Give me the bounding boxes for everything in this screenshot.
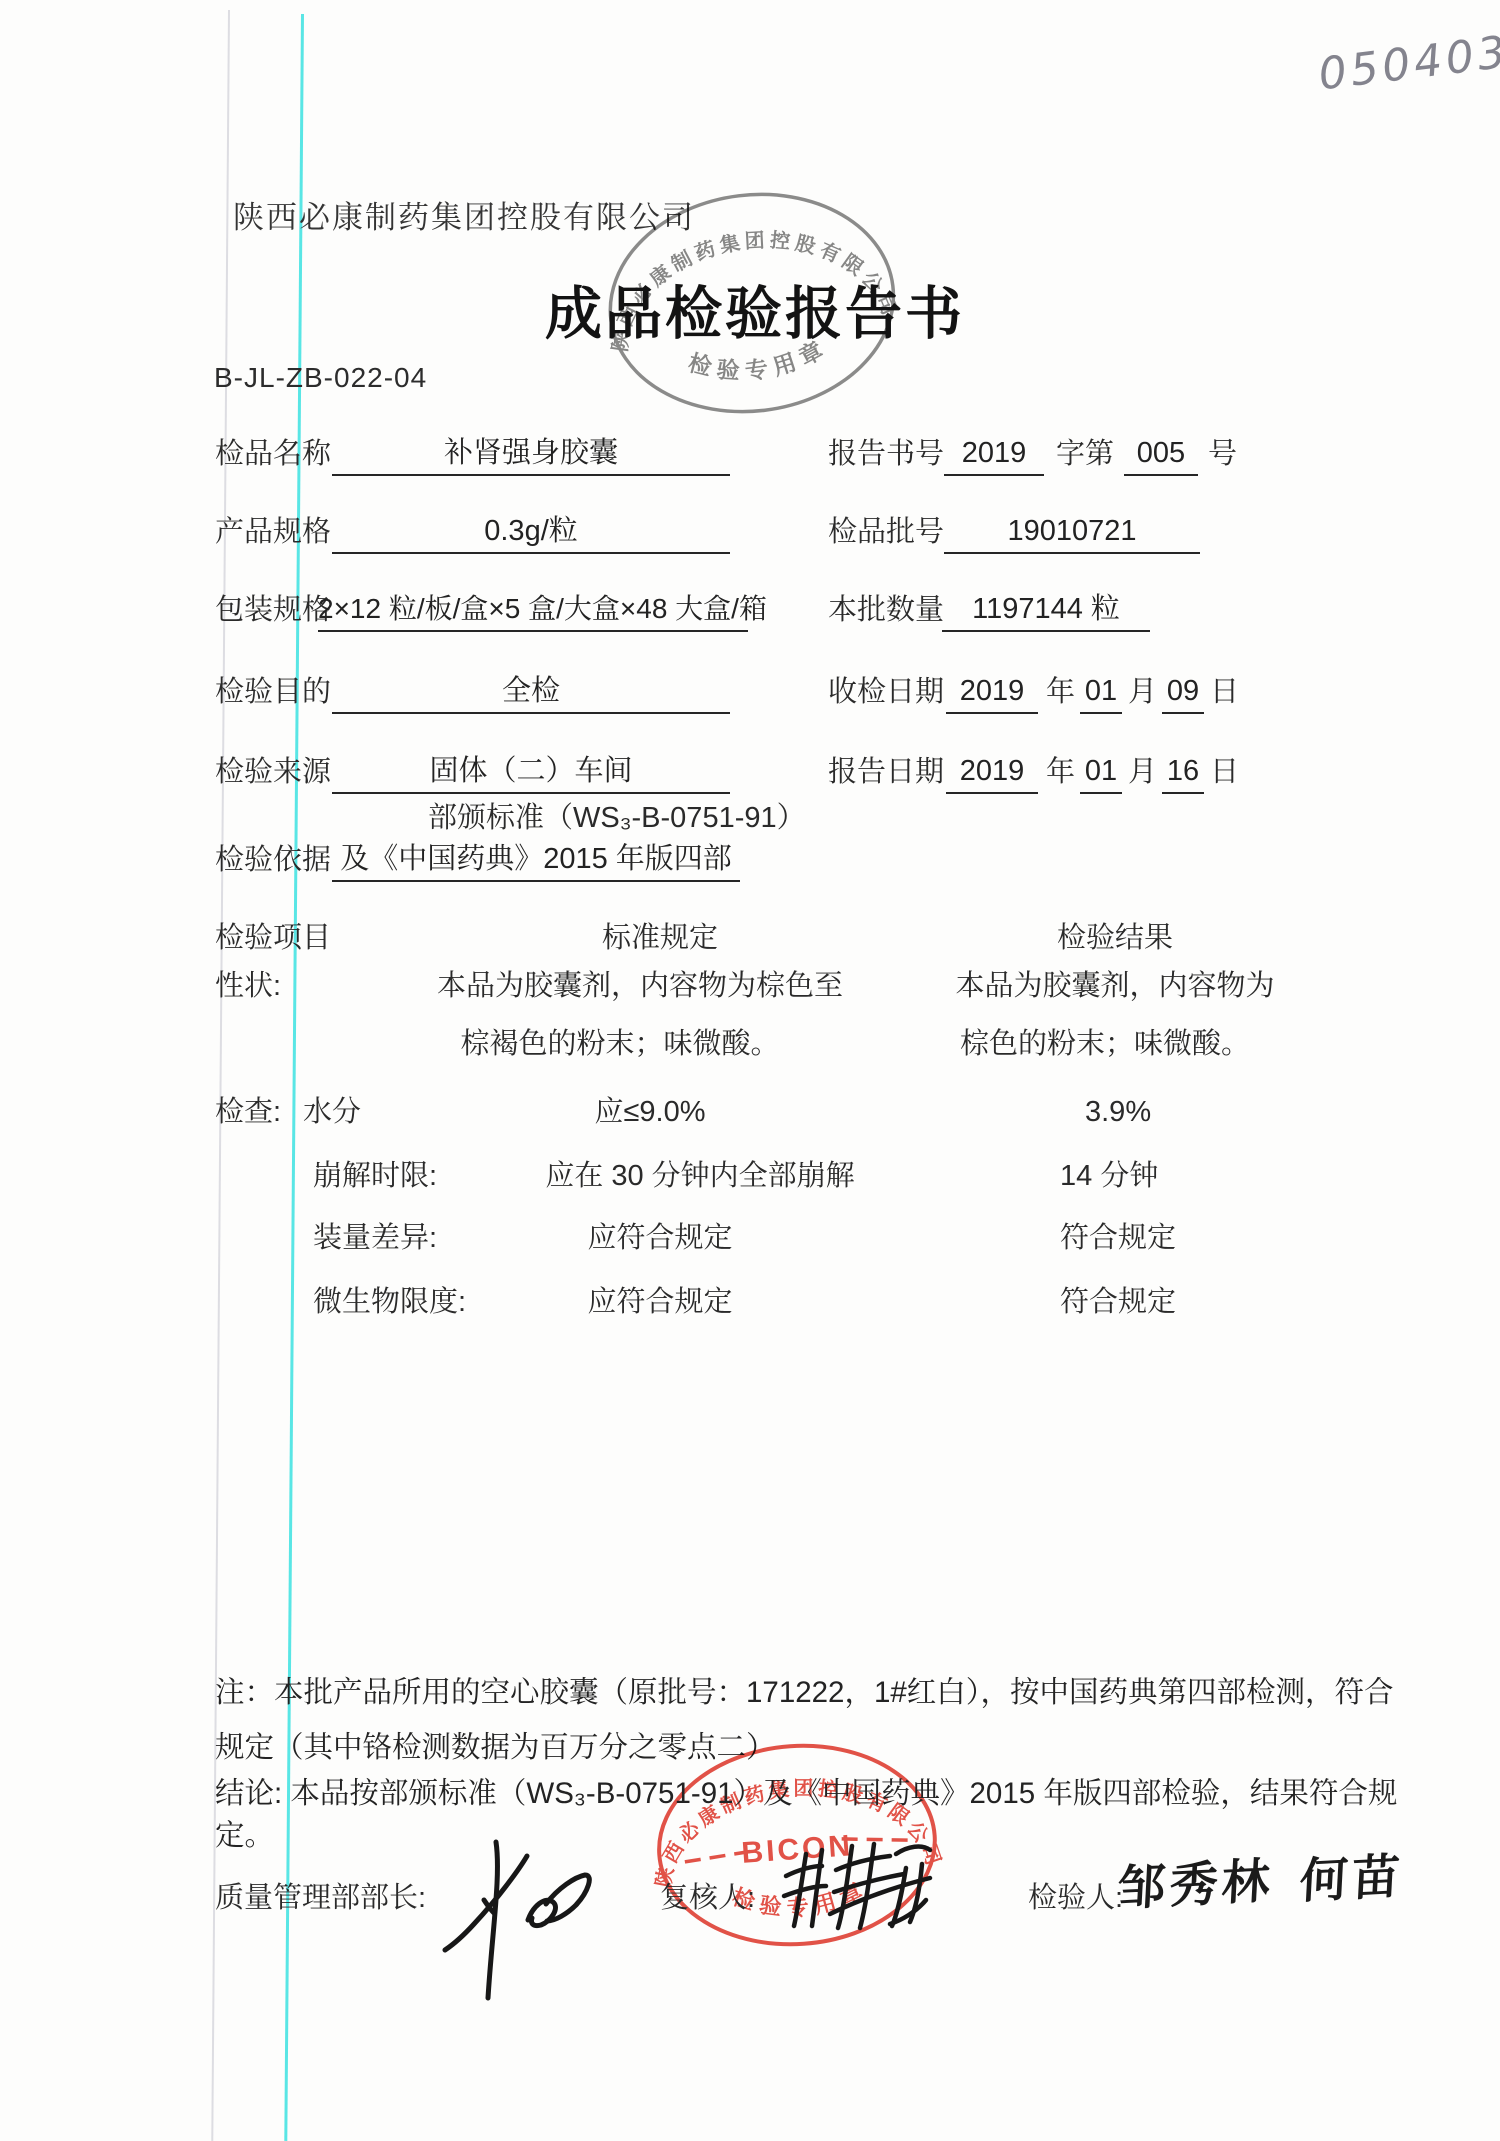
- report-no-suffix: 号: [1208, 432, 1237, 476]
- table-header-result: 检验结果: [950, 918, 1280, 958]
- report-date-day: 16: [1162, 748, 1204, 794]
- received-date-year: 2019: [946, 668, 1038, 714]
- manager-signature: [430, 1838, 600, 2008]
- report-date-year: 2019: [946, 748, 1038, 794]
- basis-label: 检验依据: [215, 838, 331, 882]
- scan-artifact-cyan-line: [284, 14, 304, 2141]
- check-row-standard: 应符合规定: [430, 1218, 890, 1258]
- sample-name-label: 检品名称: [215, 432, 331, 476]
- spec-value: 0.3g/粒: [332, 508, 730, 554]
- conclusion-line2: 定。: [215, 1815, 274, 1857]
- check-row-result: 符合规定: [1060, 1282, 1176, 1322]
- report-no-year: 2019: [944, 430, 1044, 476]
- received-date-month-unit: 月: [1128, 670, 1157, 714]
- batch-no-label: 检品批号: [828, 510, 944, 554]
- purpose-label: 检验目的: [215, 670, 331, 714]
- checks-section-label: 检查:: [215, 1092, 281, 1132]
- report-no-mid: 字第: [1056, 432, 1114, 476]
- received-date-day: 09: [1162, 668, 1204, 714]
- inspector-label: 检验人:: [1028, 1876, 1123, 1920]
- report-no-label: 报告书号: [828, 432, 944, 476]
- appearance-item: 性状:: [215, 966, 281, 1006]
- inspector-signature-2: 何苗: [1298, 1837, 1406, 1912]
- appearance-standard-line1: 本品为胶囊剂，内容物为棕色至: [420, 966, 860, 1006]
- basis-line2: 及《中国药典》2015 年版四部: [332, 836, 740, 882]
- basis-line1: 部颁标准（WS₃-B-0751-91）: [428, 796, 806, 840]
- conclusion-line1: 结论: 本品按部颁标准（WS₃-B-0751-91）及《中国药典》2015 年版…: [215, 1773, 1397, 1815]
- source-label: 检验来源: [215, 750, 331, 794]
- packing-label: 包装规格: [215, 588, 331, 632]
- document-code: B-JL-ZB-022-04: [214, 362, 427, 394]
- check-row-item: 水分: [303, 1092, 361, 1132]
- received-date-month: 01: [1080, 668, 1122, 714]
- reviewer-signature: [778, 1834, 944, 1936]
- source-value: 固体（二）车间: [332, 748, 730, 794]
- batch-qty-label: 本批数量: [828, 588, 944, 632]
- received-date-day-unit: 日: [1210, 670, 1239, 714]
- appearance-result-line2: 棕色的粉末；味微酸。: [940, 1024, 1270, 1064]
- received-date-label: 收检日期: [828, 670, 944, 714]
- purpose-value: 全检: [332, 668, 730, 714]
- table-header-item: 检验项目: [215, 918, 331, 958]
- batch-no-value: 19010721: [944, 508, 1200, 554]
- check-row-standard: 应≤9.0%: [430, 1092, 870, 1132]
- table-header-standard: 标准规定: [440, 918, 880, 958]
- report-date-day-unit: 日: [1210, 750, 1239, 794]
- check-row-result: 3.9%: [1085, 1092, 1151, 1132]
- check-row-result: 14 分钟: [1060, 1156, 1158, 1196]
- report-no-serial: 005: [1124, 430, 1198, 476]
- report-date-year-unit: 年: [1046, 750, 1075, 794]
- received-date-year-unit: 年: [1046, 670, 1075, 714]
- check-row-item: 装量差异:: [313, 1218, 437, 1258]
- check-row-item: 崩解时限:: [313, 1156, 437, 1196]
- report-date-label: 报告日期: [828, 750, 944, 794]
- batch-qty-value: 1197144 粒: [942, 586, 1150, 632]
- inspector-signature-1: 邹秀林: [1116, 1842, 1275, 1919]
- reviewer-label: 复核人:: [660, 1876, 755, 1920]
- handwritten-number: 0504031: [1316, 23, 1500, 101]
- scanned-inspection-report-page: 0504031 陕西必康制药集团控股有限公司 检验专用章 陕西必康制药集团控股有…: [0, 0, 1500, 2141]
- report-date-month-unit: 月: [1128, 750, 1157, 794]
- check-row-result: 符合规定: [1060, 1218, 1176, 1258]
- note-line1: 注：本批产品所用的空心胶囊（原批号：171222，1#红白），按中国药典第四部检…: [215, 1672, 1394, 1714]
- appearance-result-line1: 本品为胶囊剂，内容物为: [950, 966, 1280, 1006]
- manager-label: 质量管理部部长:: [215, 1876, 426, 1920]
- page-title: 成品检验报告书: [540, 268, 970, 350]
- sample-name-value: 补肾强身胶囊: [332, 430, 730, 476]
- spec-label: 产品规格: [215, 510, 331, 554]
- report-date-month: 01: [1080, 748, 1122, 794]
- appearance-standard-line2: 棕褐色的粉末；味微酸。: [400, 1024, 840, 1064]
- check-row-standard: 应在 30 分钟内全部崩解: [450, 1156, 950, 1196]
- check-row-standard: 应符合规定: [430, 1282, 890, 1322]
- packing-value: 2×12 粒/板/盒×5 盒/大盒×48 大盒/箱: [318, 586, 748, 632]
